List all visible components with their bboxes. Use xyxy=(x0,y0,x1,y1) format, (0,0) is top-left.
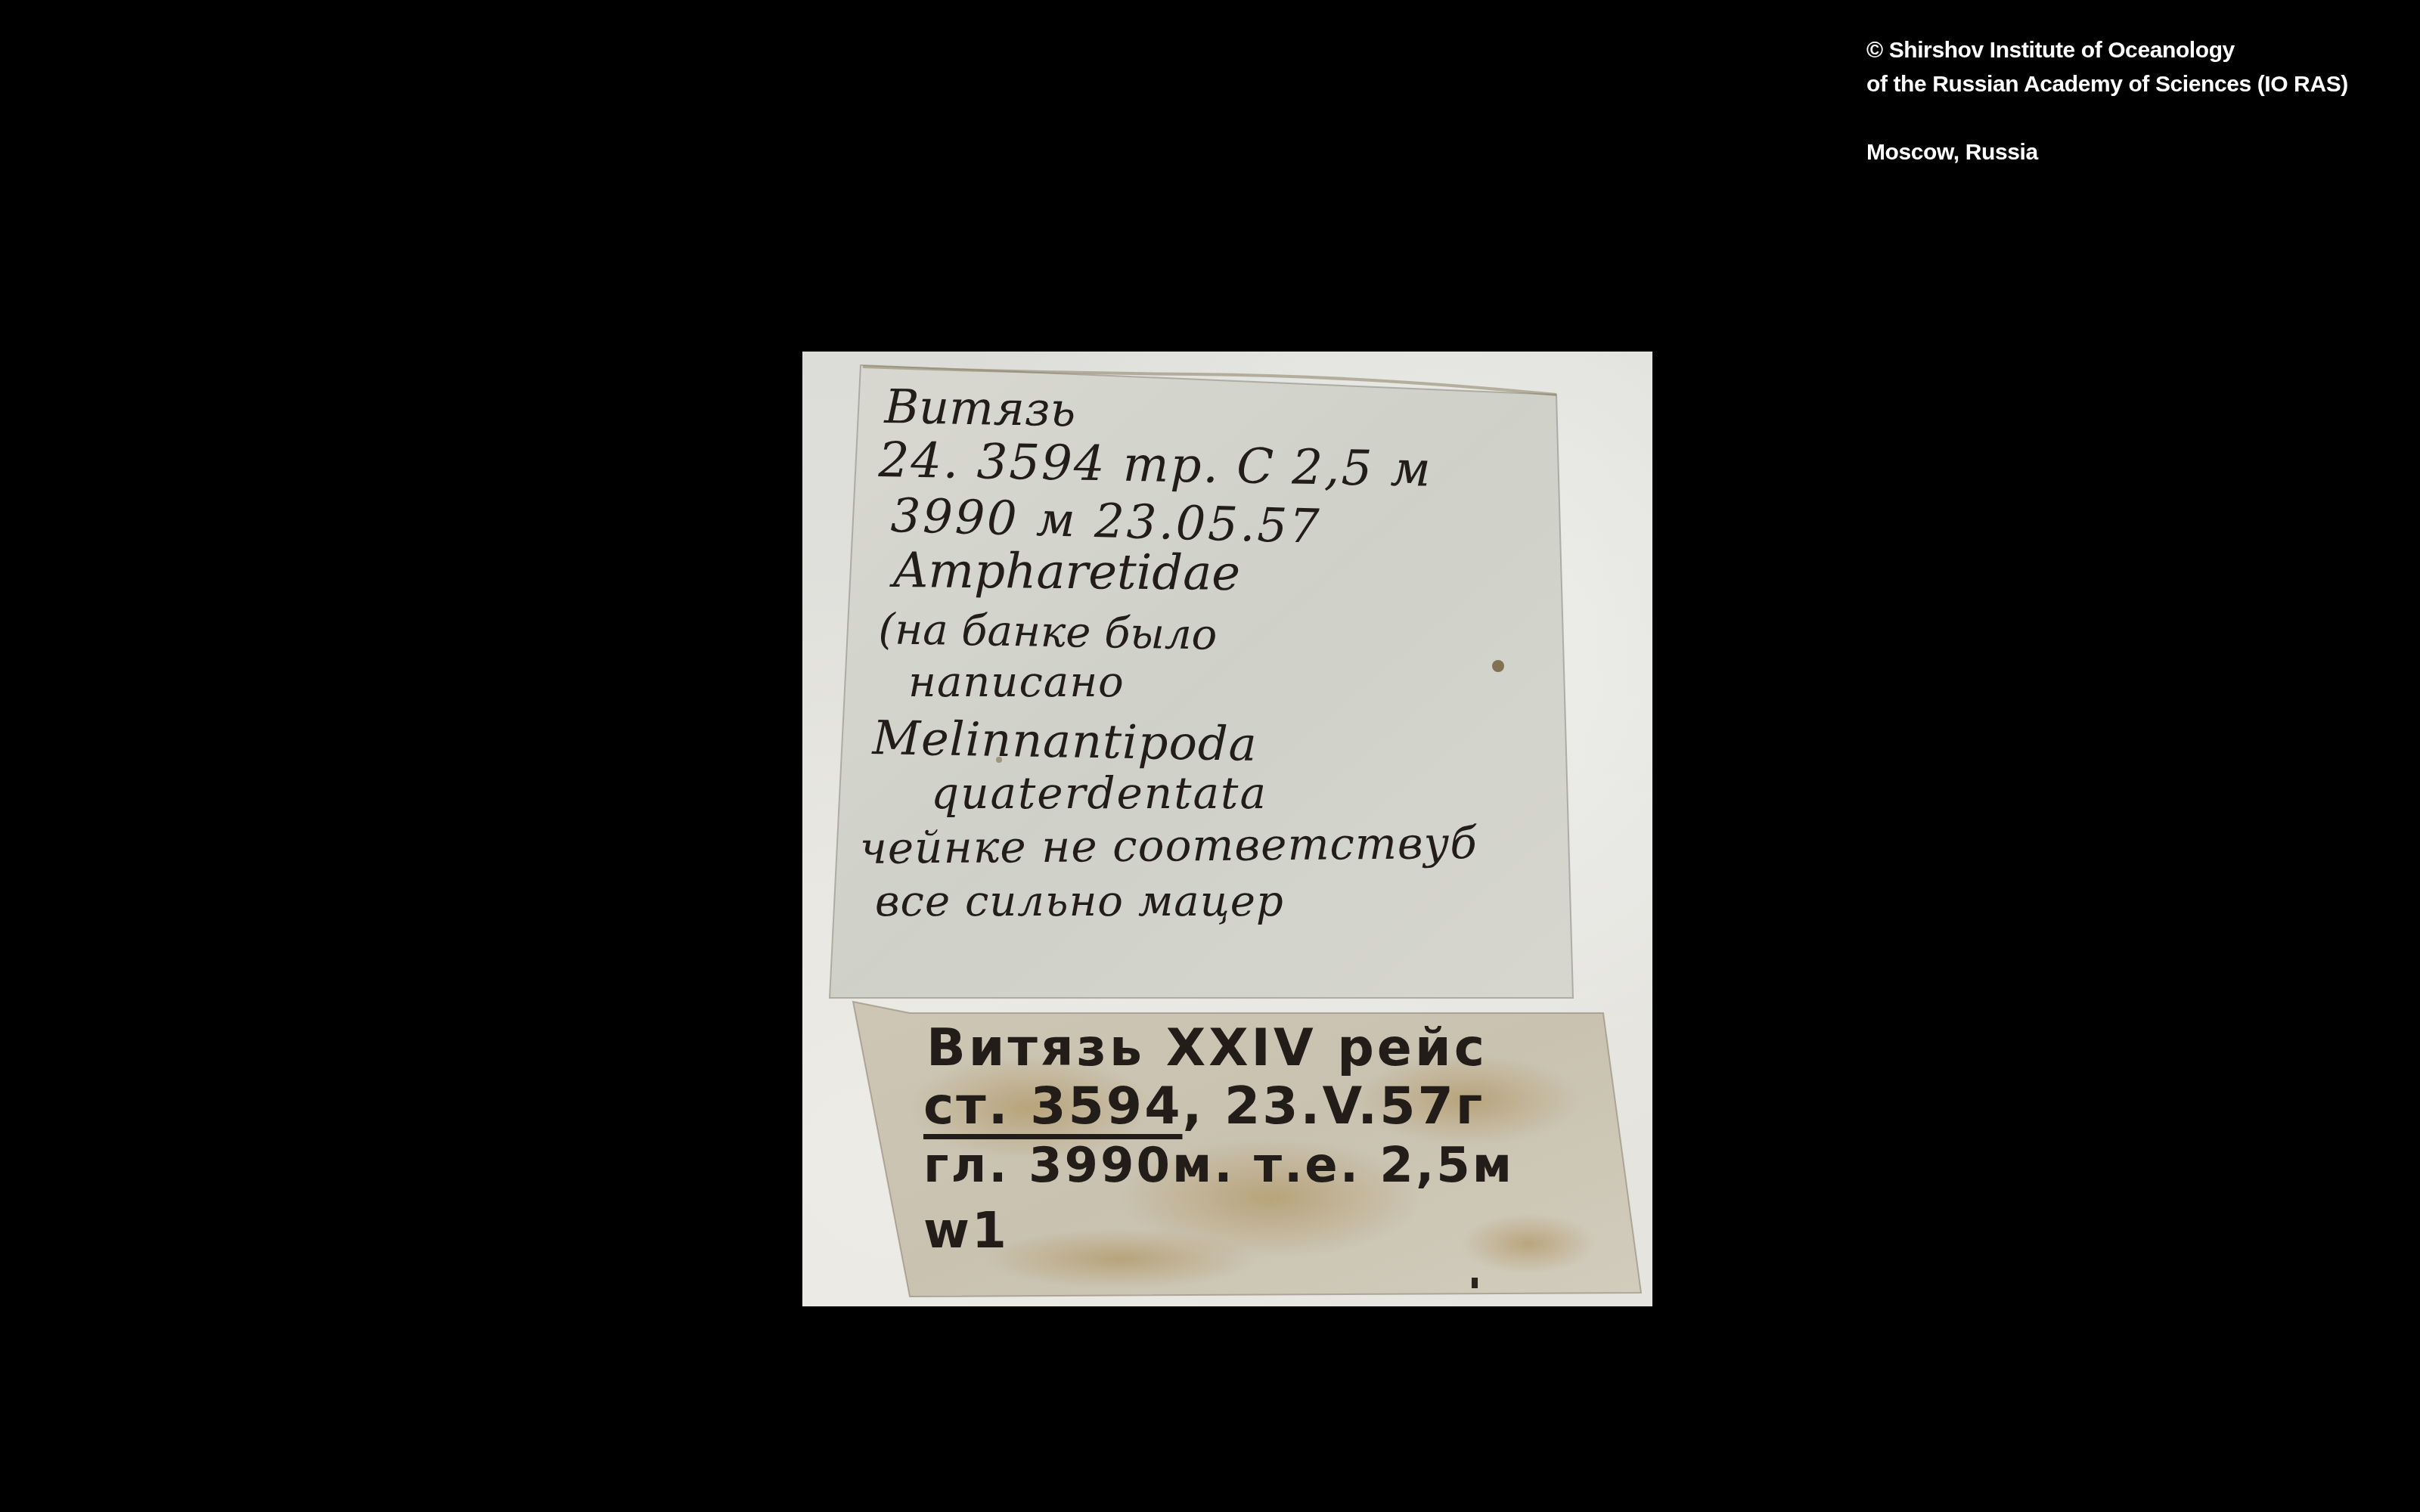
specimen-label-photo: Витязь 24. 3594 тр. С 2,5 м 3990 м 23.05… xyxy=(802,352,1652,1306)
upper-label-line-10: все сильно мацер xyxy=(875,881,1284,923)
upper-label-line-2: 24. 3594 тр. С 2,5 м xyxy=(878,436,1432,494)
upper-label-line-8: quaterdentata xyxy=(931,771,1267,815)
station-number-underlined: ст. 3594 xyxy=(923,1077,1182,1136)
copyright-spacer xyxy=(1866,101,2348,135)
copyright-line-institute: © Shirshov Institute of Oceanology xyxy=(1866,33,2348,67)
upper-label-line-5: (на банке было xyxy=(878,609,1218,657)
station-date: , 23.V.57г xyxy=(1182,1077,1485,1136)
upper-label-line-7: Melinnantipoda xyxy=(872,714,1258,768)
copyright-notice: © Shirshov Institute of Oceanology of th… xyxy=(1866,33,2348,169)
upper-label-line-4: Ampharetidae xyxy=(893,547,1240,598)
lower-label-line-2: ст. 3594, 23.V.57г xyxy=(923,1081,1485,1132)
page-canvas: © Shirshov Institute of Oceanology of th… xyxy=(0,0,2420,1512)
upper-label-line-6: написано xyxy=(908,661,1125,704)
lower-label-line-1: Витязь XXIV рейс xyxy=(926,1023,1488,1074)
upper-label-line-1: Витязь xyxy=(884,383,1076,433)
copyright-line-location: Moscow, Russia xyxy=(1866,135,2348,169)
upper-label-line-3: 3990 м 23.05.57 xyxy=(890,492,1322,550)
copyright-line-academy: of the Russian Academy of Sciences (IO R… xyxy=(1866,67,2348,101)
lower-label-line-3: гл. 3990м. т.е. 2,5м xyxy=(923,1142,1514,1190)
lower-label-line-4: w1 xyxy=(923,1206,1009,1256)
upper-label-line-9: чейнке не соответствуб xyxy=(859,821,1477,870)
